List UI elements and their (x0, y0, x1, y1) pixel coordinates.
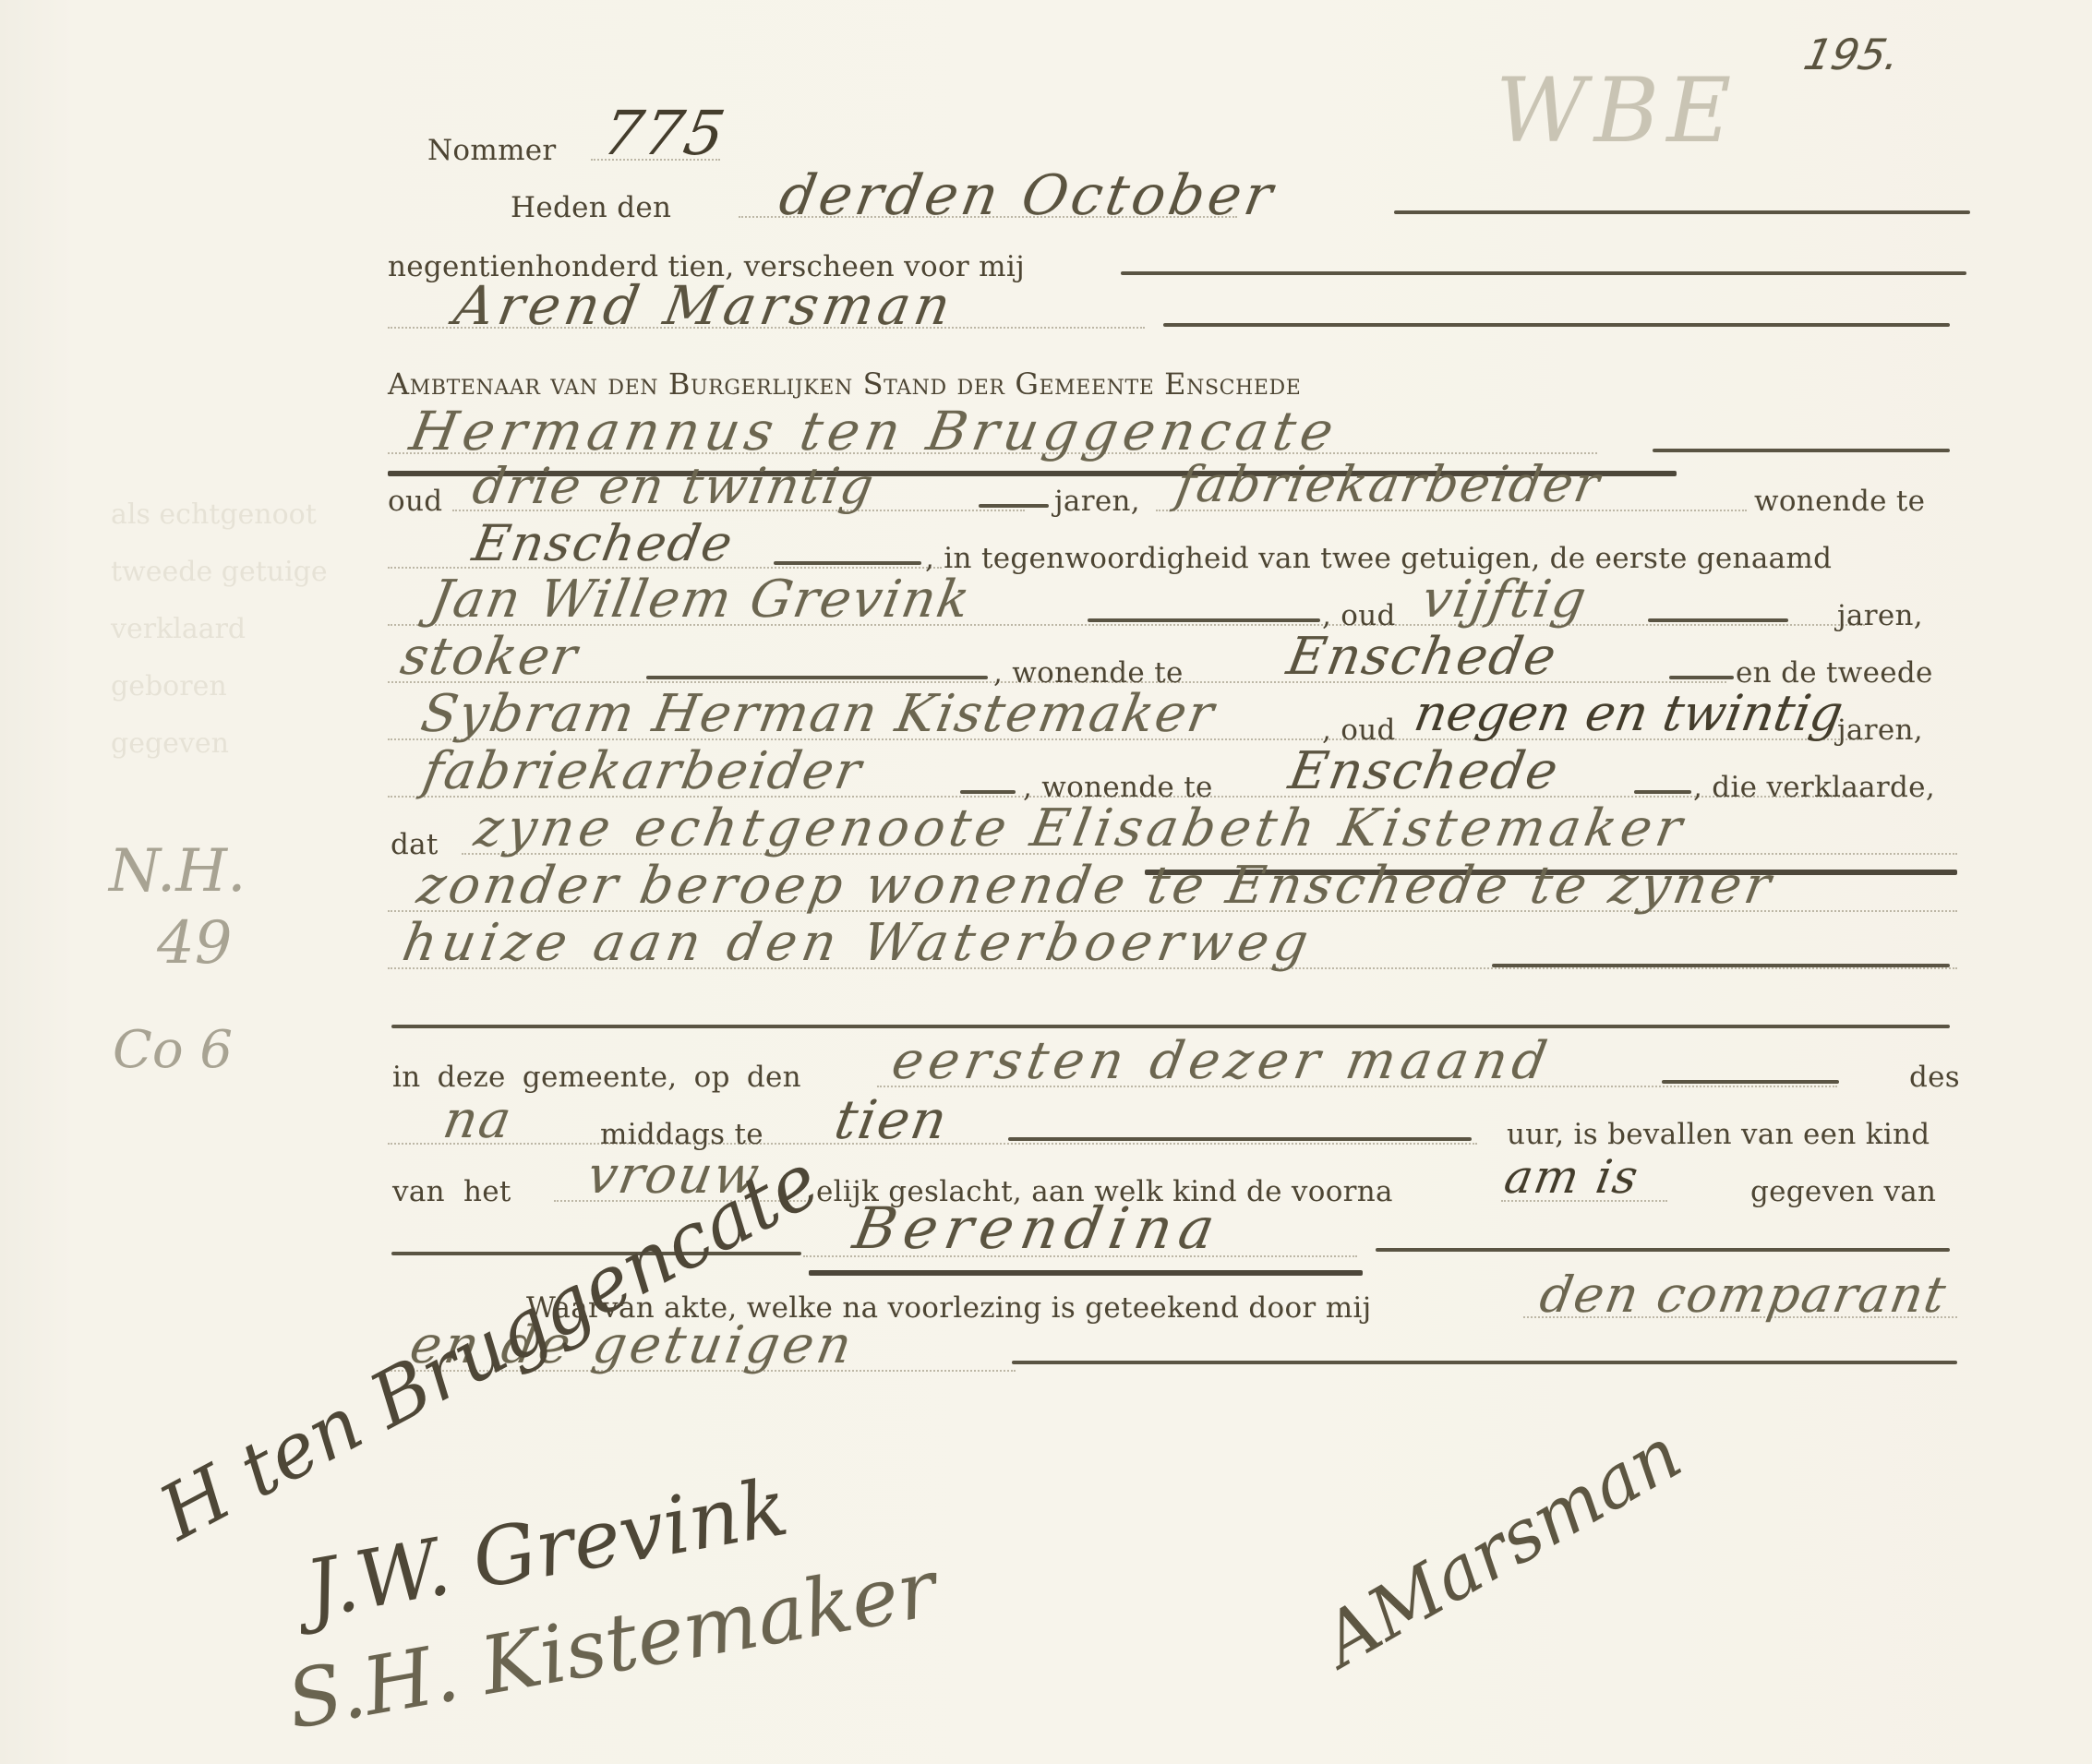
fill-rule (1669, 676, 1734, 679)
margin-note-line1: N.H. (109, 842, 246, 901)
wonende-te-label: wonende te (1754, 487, 1925, 516)
officer-title: Ambtenaar van den Burgerlijken Stand der… (388, 369, 1301, 399)
bleed-through-text: gegeven (111, 727, 229, 760)
fill-rule (1012, 1361, 1957, 1364)
fill-rule (1088, 618, 1320, 622)
jaren-label: jaren, (1054, 487, 1140, 516)
fill-rule (1121, 271, 1966, 275)
margin-note-line3: Co 6 (113, 1025, 233, 1076)
birth-date: eersten dezer maand (888, 1036, 1556, 1087)
witness2-occupation: fabriekarbeider (419, 746, 866, 798)
bleed-through-text: als echtgenoot (111, 498, 317, 531)
fill-rule (1662, 1080, 1839, 1084)
statement-line-3: huize aan den Waterboerweg (399, 918, 1317, 969)
child-name: Berendina (849, 1200, 1226, 1257)
uur-label: uur, is bevallen van een kind (1507, 1121, 1930, 1149)
gegeven-label: gegeven van (1750, 1178, 1936, 1206)
van-het-label: van het (392, 1178, 511, 1206)
signed-by-line-1: den comparant (1536, 1270, 1951, 1320)
witness1-occupation: stoker (397, 631, 583, 683)
time-prefix: na (439, 1095, 516, 1146)
birth-hour: tien (831, 1093, 953, 1146)
voornaam-suffix: am is (1501, 1154, 1643, 1200)
fill-rule (979, 504, 1049, 508)
blank-line-rule (391, 1025, 1950, 1028)
witnesses-label: , in tegenwoordigheid van twee getuigen,… (925, 545, 1832, 573)
fill-rule (1376, 1248, 1950, 1252)
margin-note-line2: 49 (157, 914, 232, 973)
bleed-through-text: geboren (111, 670, 227, 702)
heden-label: Heden den (511, 194, 671, 222)
officer-name: Arend Marsman (451, 279, 958, 332)
gemeente-label: in deze gemeente, op den (392, 1063, 801, 1092)
separator-rule (809, 1270, 1363, 1276)
signature-officer: AMarsman (1312, 1417, 1692, 1678)
page-number: 195. (1800, 33, 1904, 76)
civil-registry-birth-record: als echtgenoot tweede getuige verklaard … (0, 0, 2092, 1764)
fill-rule (1653, 449, 1950, 452)
witness1-age: vijftig (1418, 574, 1592, 626)
declarant-age: drie en twintig (469, 462, 879, 511)
declarant-residence: Enschede (469, 519, 738, 569)
dotted-line (1501, 1200, 1667, 1202)
witness2-residence: Enschede (1285, 746, 1563, 798)
jaren-label: jaren, (1837, 602, 1923, 630)
des-label: des (1909, 1063, 1960, 1092)
verklaarde-label: , die verklaarde, (1693, 774, 1935, 802)
witness2-name: Sybram Herman Kistemaker (417, 689, 1219, 740)
heden-value: derden October (775, 168, 1280, 223)
declarant-occupation: fabriekarbeider (1172, 460, 1605, 510)
fill-rule (646, 676, 988, 679)
fill-rule (1008, 1137, 1472, 1141)
fill-rule (1634, 790, 1691, 794)
jaren-label: jaren, (1837, 716, 1923, 745)
witness1-residence: Enschede (1283, 631, 1561, 683)
declarant-name: Hermannus ten Bruggencate (406, 404, 1342, 458)
bleed-through-text: verklaard (111, 613, 246, 645)
statement-line-1: zyne echtgenoote Elisabeth Kistemaker (471, 803, 1690, 855)
fill-rule (1648, 618, 1788, 622)
fill-rule (1492, 964, 1950, 967)
bleed-through-text: tweede getuige (111, 556, 328, 588)
statement-line-2: zonder beroep wonende te Enschede te zyn… (414, 860, 1778, 912)
fill-rule (960, 790, 1016, 794)
oud-label: oud (388, 487, 442, 516)
fill-rule (1163, 323, 1950, 327)
witness2-age: negen en twintig (1411, 689, 1846, 738)
archive-stamp: WBE (1496, 66, 1738, 155)
nommer-value: 775 (598, 103, 731, 164)
fill-rule (774, 561, 921, 565)
nommer-label: Nommer (427, 137, 557, 165)
fill-rule (1394, 210, 1970, 214)
witness1-name: Jan Willem Grevink (427, 574, 975, 626)
